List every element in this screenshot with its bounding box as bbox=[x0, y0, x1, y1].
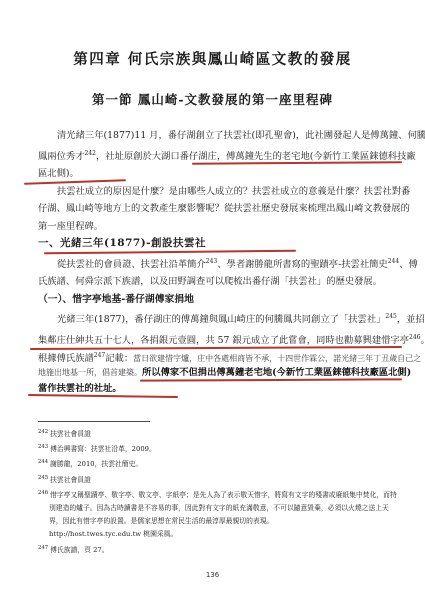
quote-text: 當日欲建惜字爐，庄中各處相商皆不承，十四世作霖公，諾光緒三年丁丑歲自己之 bbox=[133, 354, 421, 363]
footnote-ref: 247 bbox=[94, 352, 105, 359]
footnote-ref: 245 bbox=[385, 313, 396, 320]
body-line: 從扶雲社的會員證、扶雲社沿革簡介243、學者謝勝龍所書寫的聖蹟亭-扶雲社簡史24… bbox=[38, 253, 400, 274]
body-text: 鳳兩位秀才 bbox=[38, 151, 85, 162]
body-line: 區北側)。 bbox=[38, 165, 400, 183]
page-number: 136 bbox=[0, 571, 425, 579]
footnote-item: 247傅氏族譜，頁 27。 bbox=[38, 542, 400, 557]
heading-text: （一）、惜字亭地基-番仔湖傅家捐地 bbox=[38, 294, 194, 305]
body-line: 鳳兩位秀才242，社址原創於大湖口番仔湖庄，傅萬鐘先生的老宅地(今新竹工業區錸德… bbox=[38, 145, 400, 166]
footnote-ref: 244 bbox=[388, 258, 399, 265]
body-line: 地施出地基一所，倡首建築。所以傅家不但捐出傅萬鐘老宅地(今新竹工業區錸德科技廠區… bbox=[38, 366, 400, 380]
footnote-number: 242 bbox=[38, 429, 48, 435]
footnote-text: 傅氏族譜，頁 27。 bbox=[50, 546, 108, 554]
red-underline-annotation bbox=[28, 393, 178, 397]
body-line: 仔湖、鳳山崎等地方上的文教產生麼影響呢？從扶雲社歷史發展來梳理出鳳山崎文教發展的 bbox=[38, 200, 400, 218]
body-text: 氏族譜、何舜宗派下族譜，以及田野調查可以爬梳出番仔湖「扶雲社」的歷史發展。 bbox=[38, 276, 382, 287]
footnote-item: 242扶雲社會員證 bbox=[38, 426, 400, 441]
emphasis-text: 所以傅家不但捐出傅萬鐘老宅地(今新竹工業區錸德科技廠區北側) bbox=[142, 367, 411, 378]
footnote-number: 243 bbox=[38, 444, 48, 450]
body-text: 清光緒三年(1877)11 月，番仔湖創立了扶雲社(即孔聖會)，此社團發起人是傅… bbox=[57, 130, 425, 141]
footnote-text: 扶雲社會員證 bbox=[50, 430, 91, 438]
body-line: 根據傅氏族譜247記載：當日欲建惜字爐，庄中各處相商皆不承，十四世作霖公，諾光緒… bbox=[38, 349, 400, 366]
footnote-number: 245 bbox=[38, 475, 48, 481]
body-text: 區北側)。 bbox=[38, 168, 79, 179]
footnote-text: 傅治興書寫：扶雲社沿革，2009。 bbox=[50, 445, 156, 453]
footnote-item: 243傅治興書寫：扶雲社沿革，2009。 bbox=[38, 441, 400, 456]
footnote-number: 246 bbox=[38, 490, 48, 496]
body-text: ，社址原創於大湖口番仔湖庄，傅萬鐘先生的老宅地(今新竹工業區錸德科技廠 bbox=[96, 151, 416, 162]
body-text: 、學者謝勝龍所書寫的聖蹟亭-扶雲社簡史 bbox=[217, 259, 388, 270]
footnotes-section: 242扶雲社會員證 243傅治興書寫：扶雲社沿革，2009。 244謝勝龍，20… bbox=[38, 421, 400, 557]
body-text: 光緒三年(1877)，番仔湖庄的傅萬鐘與鳳山崎庄的何騰鳳共同創立了「扶雲社」 bbox=[57, 314, 385, 325]
section-title: 第一節 鳳山崎-文教發展的第一座里程碑 bbox=[0, 90, 425, 108]
footnote-ref: 243 bbox=[206, 258, 217, 265]
body-text: 、傅 bbox=[399, 259, 418, 270]
body-text: 記載： bbox=[105, 353, 133, 364]
footnote-item: 246惜字亭又稱聖蹟亭、敬字亭、敬文亭、字紙亭；是先人為了表示敬天惜字，將寫有文… bbox=[38, 487, 400, 542]
footnote-number: 244 bbox=[38, 459, 48, 465]
footnote-item: 245扶雲社會員證 bbox=[38, 472, 400, 487]
body-text: 集鄰庄仕紳共五十七人，各捐銀元壹圓，共 57 銀元成立了此嘗會，同時也勸募興建惜… bbox=[38, 335, 409, 346]
document-body: 清光緒三年(1877)11 月，番仔湖創立了扶雲社(即孔聖會)，此社團發起人是傅… bbox=[38, 127, 400, 398]
body-text: 扶雲社成立的原因是什麼？是由哪些人成立的？扶雲社成立的意義是什麼？扶雲社對番 bbox=[57, 186, 410, 197]
quote-text: 地施出地基一所，倡首建築。 bbox=[38, 368, 142, 377]
body-text: 仔湖、鳳山崎等地方上的文教產生麼影響呢？從扶雲社歷史發展來梳理出鳳山崎文教發展的 bbox=[38, 203, 410, 214]
body-line: 集鄰庄仕紳共五十七人，各捐銀元壹圓，共 57 銀元成立了此嘗會，同時也勸募興建惜… bbox=[38, 329, 400, 350]
footnote-text: 謝勝龍，2010，扶雲社簡史。 bbox=[50, 460, 142, 468]
body-text: 從扶雲社的會員證、扶雲社沿革簡介 bbox=[57, 259, 206, 270]
body-text: 第一座里程碑。 bbox=[38, 221, 103, 232]
footnote-url: http://host.twes.tyc.edu.tw 桃園采風。 bbox=[49, 528, 400, 541]
body-line: 當作扶雲社的社址。 bbox=[38, 380, 400, 398]
body-line: 第一座里程碑。 bbox=[38, 218, 400, 236]
body-text: 根據傅氏族譜 bbox=[38, 353, 94, 364]
emphasis-text: 當作扶雲社的社址。 bbox=[38, 383, 122, 394]
body-line: 扶雲社成立的原因是什麼？是由哪些人成立的？扶雲社成立的意義是什麼？扶雲社對番 bbox=[38, 183, 400, 201]
footnote-ref: 242 bbox=[85, 150, 96, 157]
body-line: 氏族譜、何舜宗派下族譜，以及田野調查可以爬梳出番仔湖「扶雲社」的歷史發展。 bbox=[38, 273, 400, 291]
footnote-number: 247 bbox=[38, 545, 48, 551]
body-text: ，並招 bbox=[397, 314, 425, 325]
footnote-item: 244謝勝龍，2010，扶雲社簡史。 bbox=[38, 456, 400, 471]
body-line: 光緒三年(1877)，番仔湖庄的傅萬鐘與鳳山崎庄的何騰鳳共同創立了「扶雲社」24… bbox=[38, 308, 400, 329]
document-page: 第四章 何氏宗族與鳳山崎區文教的發展 第一節 鳳山崎-文教發展的第一座里程碑 清… bbox=[0, 0, 425, 600]
footnote-text: 扶雲社會員證 bbox=[50, 476, 91, 484]
heading-text: 一、光緒三年(1877)-創設扶雲社 bbox=[38, 237, 206, 249]
subsection-heading: （一）、惜字亭地基-番仔湖傅家捐地 bbox=[38, 291, 400, 309]
body-text: 。 bbox=[420, 335, 425, 346]
footnote-text: 惜字亭又稱聖蹟亭、敬字亭、敬文亭、字紙亭；是先人為了表示敬天惜字，將寫有文字的殘… bbox=[49, 491, 397, 525]
section-heading: 一、光緒三年(1877)-創設扶雲社 bbox=[38, 235, 400, 253]
body-line: 清光緒三年(1877)11 月，番仔湖創立了扶雲社(即孔聖會)，此社團發起人是傅… bbox=[38, 127, 400, 145]
footnote-separator bbox=[38, 421, 150, 422]
footnote-ref: 246 bbox=[409, 334, 420, 341]
chapter-title: 第四章 何氏宗族與鳳山崎區文教的發展 bbox=[0, 48, 425, 69]
